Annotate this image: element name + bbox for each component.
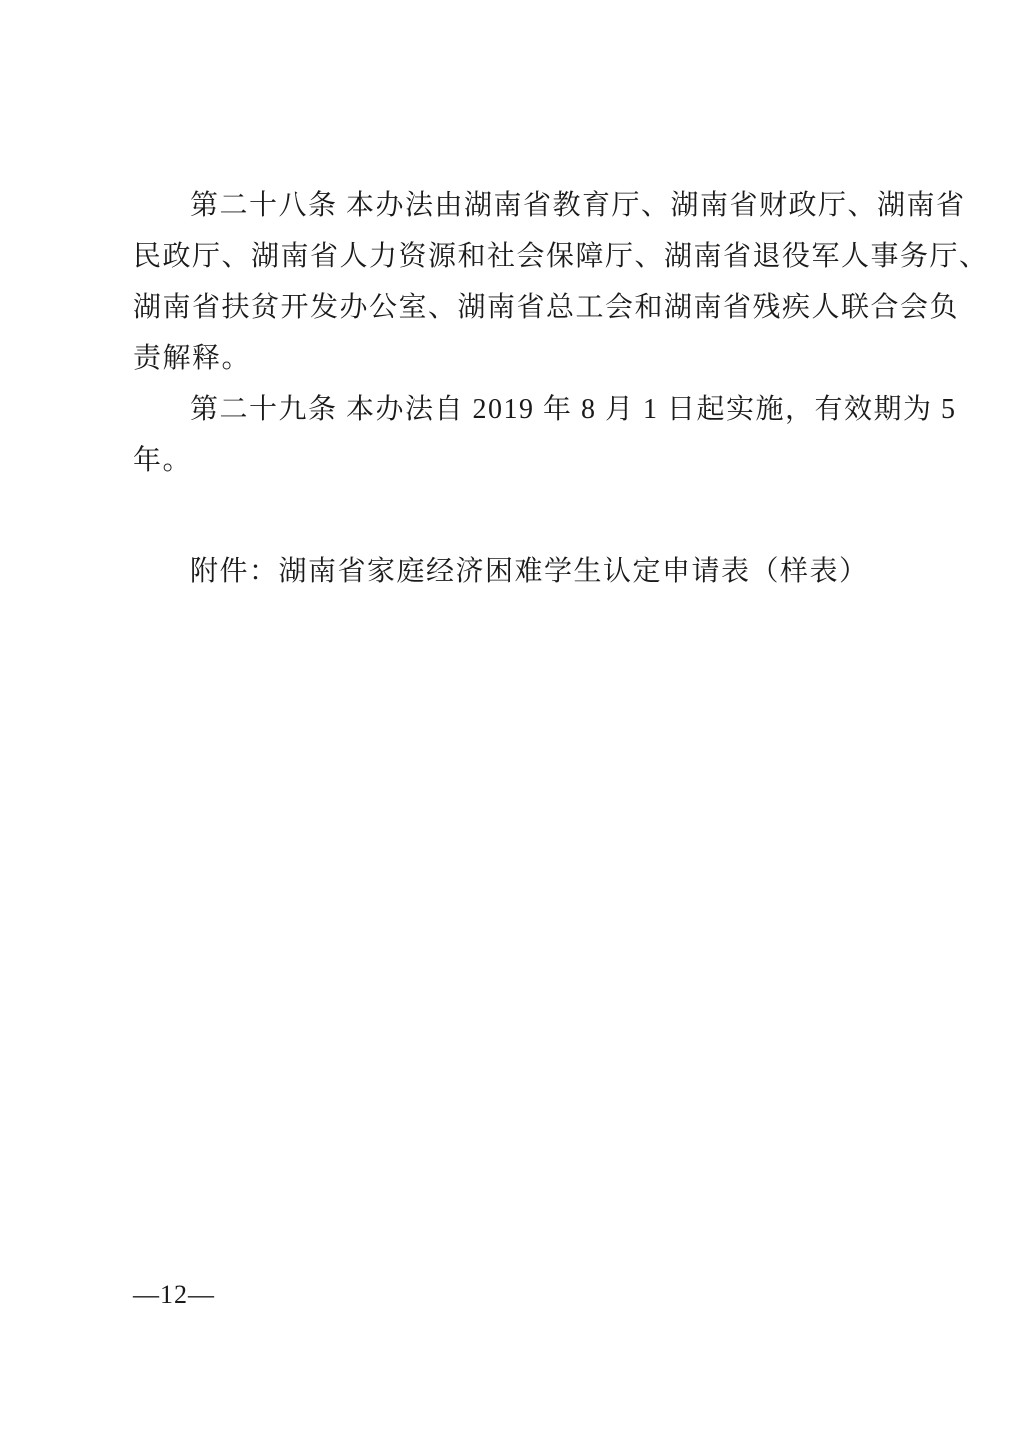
article-29-paragraph: 第二十九条 本办法自 2019 年 8 月 1 日起实施，有效期为 5 年。 bbox=[133, 384, 899, 486]
document-body: 第二十八条 本办法由湖南省教育厅、湖南省财政厅、湖南省 民政厅、湖南省人力资源和… bbox=[133, 180, 899, 597]
article-28-line-1: 第二十八条 本办法由湖南省教育厅、湖南省财政厅、湖南省 bbox=[133, 180, 899, 231]
attachment-note: 附件：湖南省家庭经济困难学生认定申请表（样表） bbox=[133, 546, 899, 597]
article-28-line-4: 责解释。 bbox=[133, 333, 899, 384]
article-28-paragraph: 第二十八条 本办法由湖南省教育厅、湖南省财政厅、湖南省 民政厅、湖南省人力资源和… bbox=[133, 180, 899, 384]
article-29-line-1: 第二十九条 本办法自 2019 年 8 月 1 日起实施，有效期为 5 bbox=[133, 384, 899, 435]
article-28-line-3: 湖南省扶贫开发办公室、湖南省总工会和湖南省残疾人联合会负 bbox=[133, 282, 899, 333]
page-number: —12— bbox=[133, 1278, 215, 1312]
document-page: 第二十八条 本办法由湖南省教育厅、湖南省财政厅、湖南省 民政厅、湖南省人力资源和… bbox=[0, 0, 1024, 1448]
article-28-line-2: 民政厅、湖南省人力资源和社会保障厅、湖南省退役军人事务厅、 bbox=[133, 231, 899, 282]
article-29-line-2: 年。 bbox=[133, 435, 899, 486]
